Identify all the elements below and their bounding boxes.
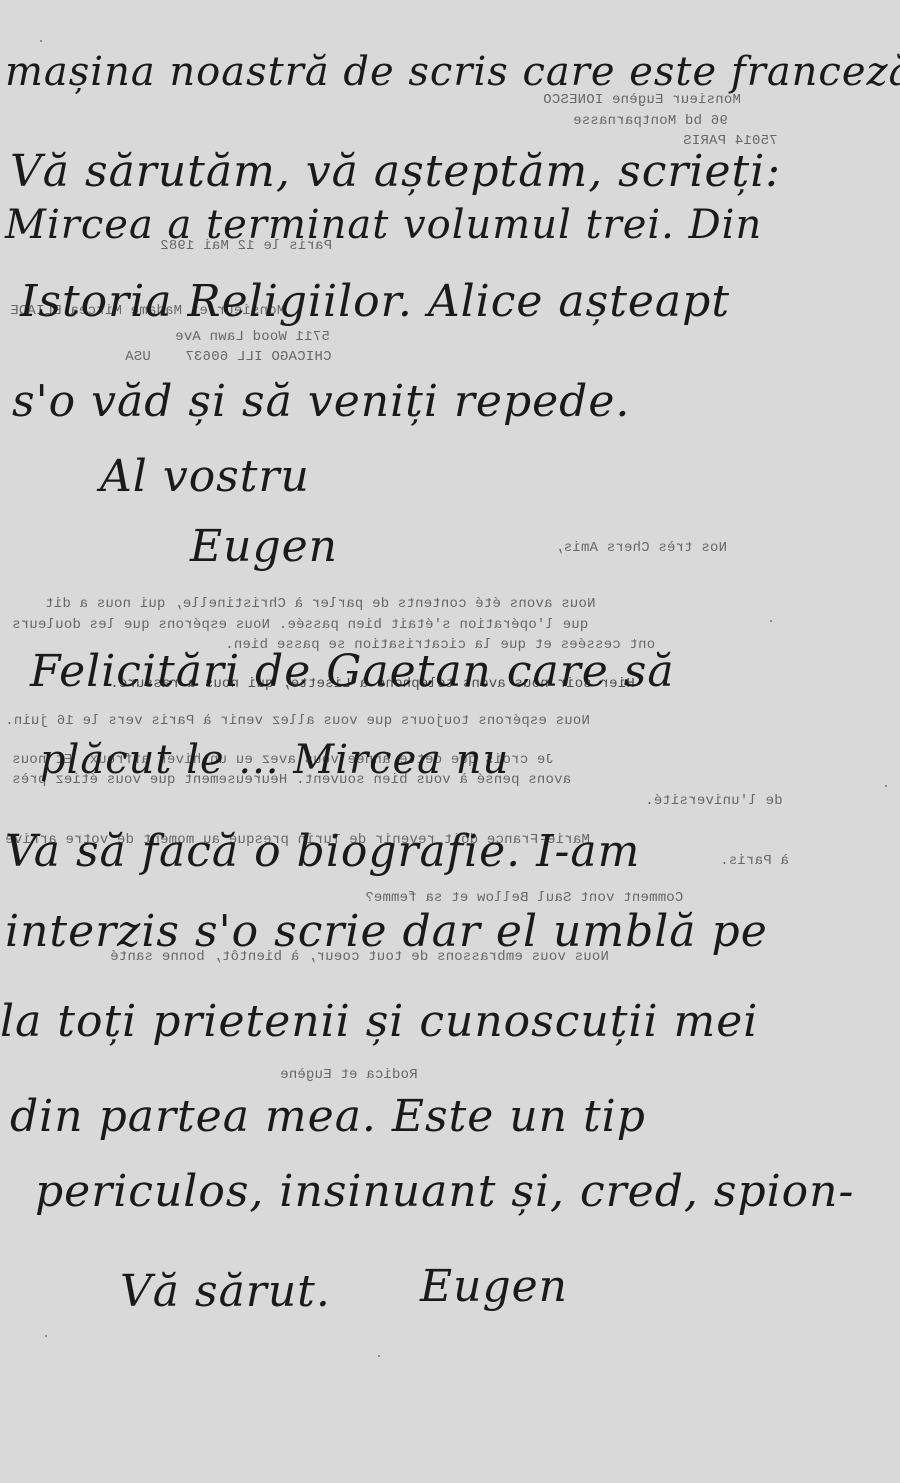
bleed-recipient-street: 5711 Wood Lawn Ave — [175, 330, 330, 344]
handwriting-line: plăcut le ... Mircea nu — [40, 740, 509, 780]
scan-speck — [45, 1335, 47, 1337]
bleed-paragraph-line: Comment vont Saul Bellow et sa femme? — [365, 891, 683, 905]
handwriting-signature: Eugen — [190, 525, 338, 569]
handwriting-line: interzis s'o scrie dar el umblă pe — [5, 910, 768, 954]
bleed-recipient-city: CHICAGO ILL 60637 USA — [125, 350, 331, 364]
bleed-paragraph-line: Nous avons été contents de parler à Chri… — [45, 597, 596, 611]
bleed-salutation: Nos très Chers Amis, — [555, 541, 727, 555]
handwriting-line: din partea mea. Este un tip — [10, 1095, 646, 1139]
handwriting-line: s'o văd și să veniți repede. — [12, 380, 630, 424]
letter-page: Monsieur Eugène IONESCO 96 bd Montparnas… — [0, 0, 900, 1483]
handwriting-signature: Eugen — [420, 1265, 568, 1309]
scan-speck — [40, 40, 42, 42]
handwriting-line: Va să facă o biografie. I-am — [5, 830, 640, 874]
bleed-sender-name: Monsieur Eugène IONESCO — [543, 93, 741, 107]
bleed-paragraph-line: à Paris. — [720, 854, 789, 868]
bleed-paragraph-line: que l'opération s'était bien passée. Nou… — [12, 618, 588, 632]
handwriting-closing: Al vostru — [100, 455, 310, 499]
handwriting-line: la toți prietenii și cunoscuții mei — [0, 1000, 758, 1044]
handwriting-line: mașina noastră de scris care este france… — [5, 52, 900, 92]
scan-speck — [885, 785, 887, 787]
handwriting-line: periculos, insinuant și, cred, spion- — [35, 1170, 854, 1214]
bleed-closing: Rodica et Eugène — [280, 1068, 418, 1082]
handwriting-line: Mircea a terminat volumul trei. Din — [5, 205, 762, 245]
handwriting-line: Vă sărutăm, vă așteptăm, scrieți: — [10, 150, 781, 194]
scan-speck — [378, 1355, 380, 1357]
scan-speck — [770, 620, 772, 622]
handwriting-line: Istoria Religiilor. Alice așteapt — [20, 280, 730, 324]
bleed-paragraph-line: de l'université. — [645, 794, 783, 808]
bleed-paragraph-line: Nous espérons toujours que vous allez ve… — [5, 714, 590, 728]
bleed-sender-street: 96 bd Montparnasse — [573, 114, 728, 128]
handwriting-line: Felicitări de Gaetan care să — [30, 650, 675, 694]
handwriting-farewell: Vă sărut. — [120, 1270, 331, 1314]
